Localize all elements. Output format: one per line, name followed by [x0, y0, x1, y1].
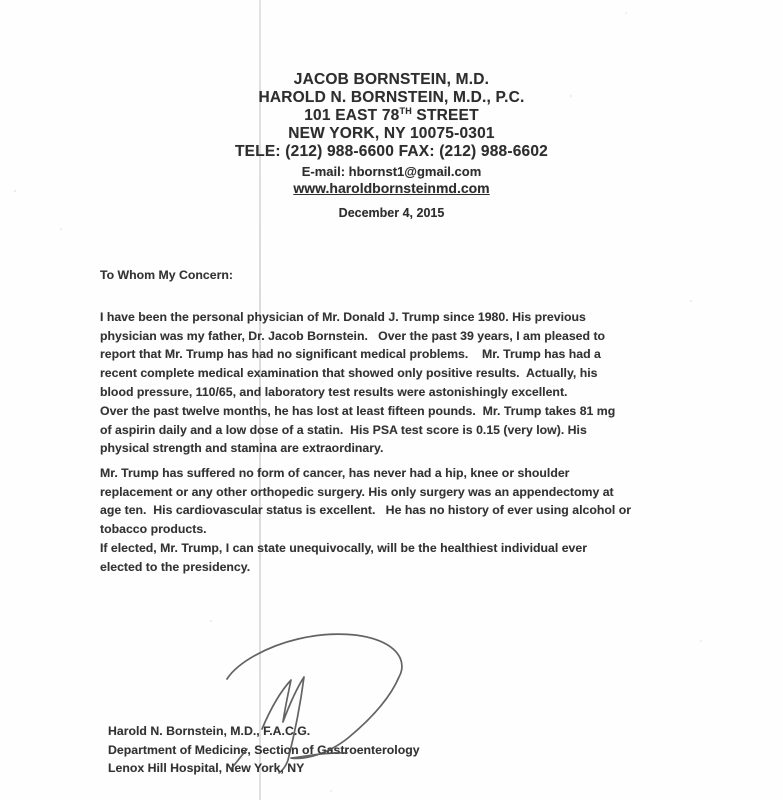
paragraph-surgical-history: Mr. Trump has suffered no form of cancer…: [100, 464, 712, 539]
scan-noise-specks: [0, 0, 2, 2]
paragraph-conclusion: If elected, Mr. Trump, I can state unequ…: [100, 539, 712, 576]
letterhead-city-line: NEW YORK, NY 10075-0301: [0, 125, 783, 143]
letterhead: JACOB BORNSTEIN, M.D. HAROLD N. BORNSTEI…: [0, 71, 783, 197]
letterhead-physician-name-2: HAROLD N. BORNSTEIN, M.D., P.C.: [0, 89, 783, 107]
letterhead-website-line: www.haroldbornsteinmd.com: [0, 180, 783, 197]
letterhead-physician-name-1: JACOB BORNSTEIN, M.D.: [0, 71, 783, 89]
street-address-text: 101 EAST 78: [304, 107, 399, 124]
salutation: To Whom My Concern:: [100, 266, 712, 285]
scanned-letter-page: JACOB BORNSTEIN, M.D. HAROLD N. BORNSTEI…: [0, 0, 783, 800]
signature-block: Harold N. Bornstein, M.D., F.A.C.G. Depa…: [108, 722, 720, 778]
letter-date: December 4, 2015: [0, 206, 783, 220]
letterhead-phone-fax-line: TELE: (212) 988-6600 FAX: (212) 988-6602: [0, 143, 783, 161]
letterhead-email-line: E-mail: hbornst1@gmail.com: [0, 163, 783, 180]
street-ordinal-superscript: TH: [400, 106, 412, 116]
paragraph-medical-history: I have been the personal physician of Mr…: [100, 308, 712, 402]
street-address-suffix: STREET: [412, 107, 479, 124]
letterhead-street-address: 101 EAST 78TH STREET: [0, 107, 783, 125]
paragraph-recent-health: Over the past twelve months, he has lost…: [100, 402, 712, 458]
